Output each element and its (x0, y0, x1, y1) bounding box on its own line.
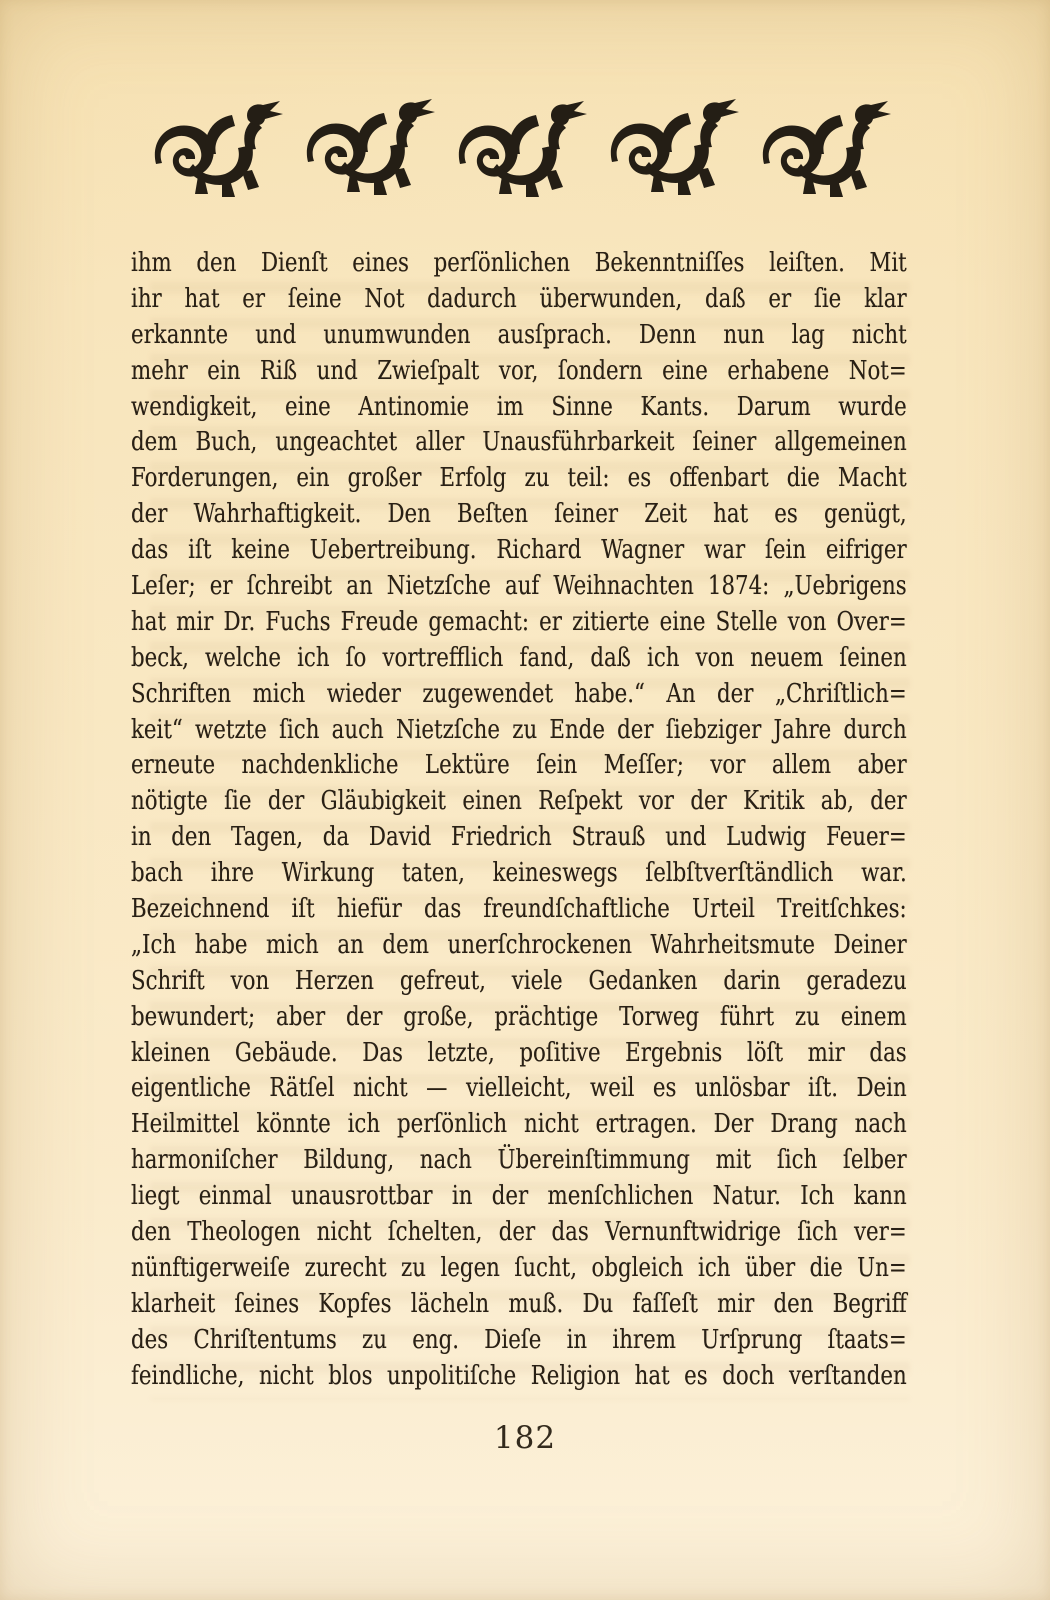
text-line: liegt einmal unausrottbar in der menſchl… (131, 1179, 907, 1215)
text-line: ihr hat er ſeine Not dadurch überwunden,… (131, 282, 907, 318)
text-line: klarheit ſeines Kopfes lächeln muß. Du f… (131, 1287, 907, 1323)
text-line: Leſer; er ſchreibt an Nietzſche auf Weih… (131, 569, 907, 605)
text-line: Heilmittel könnte ich perſönlich nicht e… (131, 1107, 907, 1143)
text-line: feindliche, nicht blos unpolitiſche Reli… (131, 1359, 907, 1395)
text-line: in den Tagen, da David Friedrich Strauß … (131, 820, 907, 856)
text-line: „Ich habe mich an dem unerſchrockenen Wa… (131, 928, 907, 964)
text-line: dem Buch, ungeachtet aller Unausführbark… (131, 425, 907, 461)
text-line: der Wahrhaftigkeit. Den Beſten ſeiner Ze… (131, 497, 907, 533)
text-line: erneute nachdenkliche Lektüre ſein Meſſe… (131, 748, 907, 784)
text-line: erkannte und unumwunden ausſprach. Denn … (131, 318, 907, 354)
text-line: Bezeichnend iſt hiefür das freundſchaftl… (131, 892, 907, 928)
text-line: Schrift von Herzen gefreut, viele Gedank… (131, 964, 907, 1000)
text-line: beck, welche ich ſo vortrefflich fand, d… (131, 641, 907, 677)
text-line: wendigkeit, eine Antinomie im Sinne Kant… (131, 390, 907, 426)
text-line: harmoniſcher Bildung, nach Übereinſtimmu… (131, 1143, 907, 1179)
text-line: ihm den Dienſt eines perſönlichen Bekenn… (131, 246, 907, 282)
text-line: nötigte ſie der Gläubigkeit einen Reſpek… (131, 784, 907, 820)
text-line: kleinen Gebäude. Das letzte, poſitive Er… (131, 1036, 907, 1072)
text-line: hat mir Dr. Fuchs Freude gemacht: er zit… (131, 605, 907, 641)
text-line: nünftigerweiſe zurecht zu legen ſucht, o… (131, 1251, 907, 1287)
text-line: Schriften mich wieder zugewendet habe.“ … (131, 677, 907, 713)
dragon-ornament-icon (142, 98, 908, 200)
body-text: ihm den Dienſt eines perſönlichen Bekenn… (131, 246, 907, 1395)
text-line: keit“ wetzte ſich auch Nietzſche zu Ende… (131, 713, 907, 749)
text-line: des Chriſtentums zu eng. Dieſe in ihrem … (131, 1323, 907, 1359)
scanned-book-page: ihm den Dienſt eines perſönlichen Bekenn… (0, 0, 1050, 1600)
page-number: 182 (0, 1420, 1050, 1456)
text-line: eigentliche Rätſel nicht — vielleicht, w… (131, 1071, 907, 1107)
text-line: mehr ein Riß und Zwieſpalt vor, ſondern … (131, 354, 907, 390)
text-line: bewundert; aber der große, prächtige Tor… (131, 1000, 907, 1036)
text-line: das iſt keine Uebertreibung. Richard Wag… (131, 533, 907, 569)
text-line: Forderungen, ein großer Erfolg zu teil: … (131, 461, 907, 497)
text-line: bach ihre Wirkung taten, keineswegs ſelb… (131, 856, 907, 892)
text-line: den Theologen nicht ſchelten, der das Ve… (131, 1215, 907, 1251)
